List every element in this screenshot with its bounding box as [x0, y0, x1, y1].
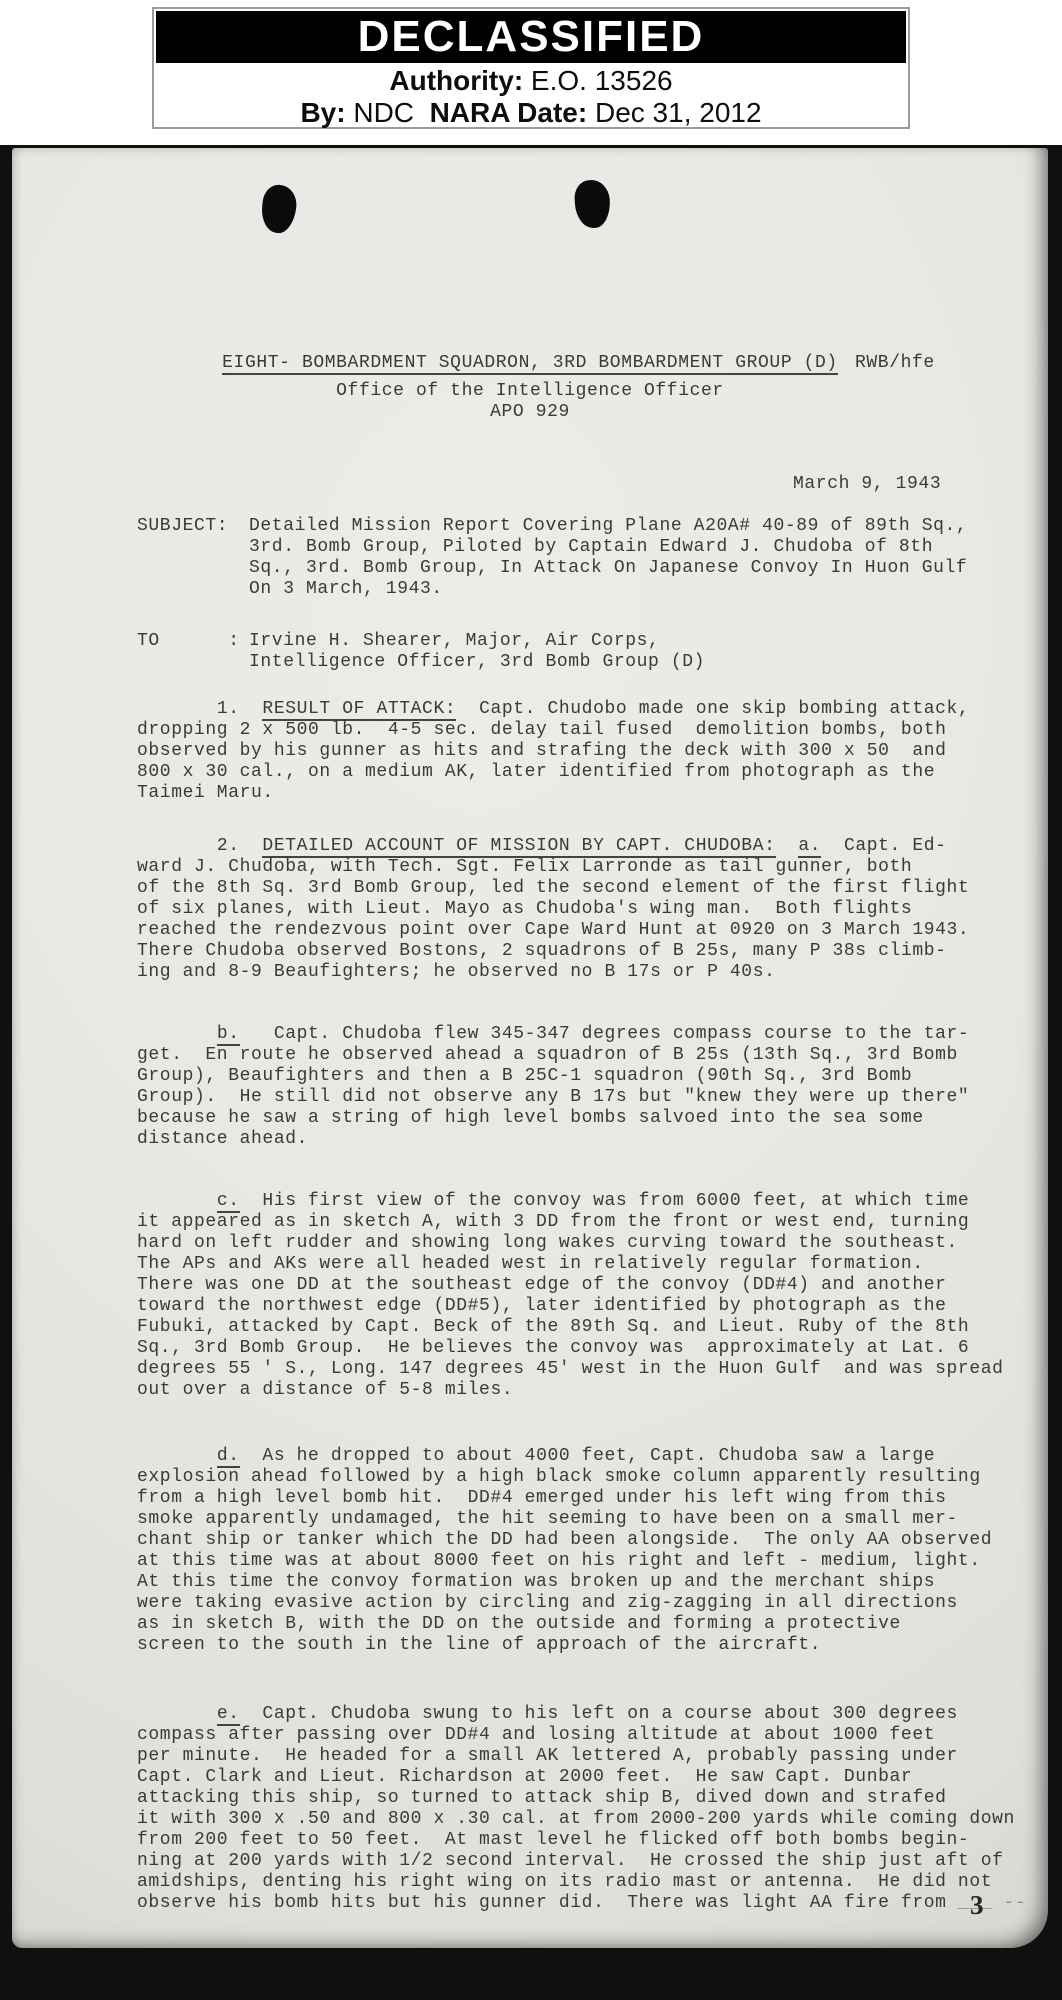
hole-punch-left	[260, 183, 299, 234]
unit-title: EIGHT- BOMBARDMENT SQUADRON, 3RD BOMBARD…	[222, 353, 838, 375]
paragraph-lead	[137, 1446, 217, 1466]
section-heading: RESULT OF ATTACK:	[262, 699, 456, 721]
document-page: EIGHT- BOMBARDMENT SQUADRON, 3RD BOMBARD…	[12, 148, 1048, 1948]
declassified-stamp: DECLASSIFIED Authority: E.O. 13526 By: N…	[152, 7, 910, 129]
stamp-area: DECLASSIFIED Authority: E.O. 13526 By: N…	[0, 0, 1062, 145]
scanned-document-screenshot: DECLASSIFIED Authority: E.O. 13526 By: N…	[0, 0, 1062, 2000]
subsection-letter: c.	[217, 1191, 240, 1213]
section-heading: DETAILED ACCOUNT OF MISSION BY CAPT. CHU…	[262, 836, 775, 858]
paragraph-text: As he dropped to about 4000 feet, Capt. …	[137, 1446, 992, 1655]
apo-line: APO 929	[12, 402, 1048, 423]
to-label: TO :	[137, 631, 249, 673]
page-number: 3	[970, 1895, 984, 1916]
scan-background: EIGHT- BOMBARDMENT SQUADRON, 3RD BOMBARD…	[0, 145, 1062, 2000]
paragraph-lead	[137, 1704, 217, 1724]
paragraph-result-of-attack: 1. RESULT OF ATTACK: Capt. Chudobo made …	[137, 699, 1042, 804]
subject-text: Detailed Mission Report Covering Plane A…	[249, 516, 1042, 600]
nara-date-value: Dec 31, 2012	[587, 97, 761, 128]
paragraph-c: c. His first view of the convoy was from…	[137, 1191, 1042, 1401]
by-label: By:	[300, 97, 345, 128]
stamp-authority-line: Authority: E.O. 13526	[154, 65, 908, 97]
paragraph-lead: 2.	[137, 836, 262, 856]
document-header: EIGHT- BOMBARDMENT SQUADRON, 3RD BOMBARD…	[12, 353, 1048, 423]
paragraph-text: Capt. Chudoba flew 345-347 degrees compa…	[137, 1024, 969, 1149]
subsection-letter: e.	[217, 1704, 240, 1726]
paragraph-lead	[137, 1024, 217, 1044]
authority-value: E.O. 13526	[523, 65, 672, 96]
paragraph-lead: 1.	[137, 699, 262, 719]
subject-label: SUBJECT:	[137, 516, 249, 600]
smudge-marks: ___ --	[947, 1893, 1027, 1913]
paragraph-lead	[137, 1191, 217, 1211]
office-line: Office of the Intelligence Officer	[12, 381, 1048, 402]
reference-initials: RWB/hfe	[855, 353, 935, 374]
stamp-by-line: By: NDC NARA Date: Dec 31, 2012	[154, 97, 908, 129]
paragraph-text: Capt. Ed- ward J. Chudoba, with Tech. Sg…	[137, 836, 969, 982]
by-value: NDC	[346, 97, 430, 128]
to-block: TO :Irvine H. Shearer, Major, Air Corps,…	[137, 631, 1042, 673]
paragraph-b: b. Capt. Chudoba flew 345-347 degrees co…	[137, 1024, 1042, 1150]
paragraph-d: d. As he dropped to about 4000 feet, Cap…	[137, 1446, 1042, 1656]
paragraph-detailed-account-a: 2. DETAILED ACCOUNT OF MISSION BY CAPT. …	[137, 836, 1042, 983]
authority-label: Authority:	[389, 65, 523, 96]
paragraph-text: Capt. Chudoba swung to his left on a cou…	[137, 1704, 1015, 1913]
paragraph-mid	[776, 836, 799, 856]
subject-block: SUBJECT:Detailed Mission Report Covering…	[137, 516, 1042, 600]
nara-date-label: NARA Date:	[430, 97, 588, 128]
header-line1: EIGHT- BOMBARDMENT SQUADRON, 3RD BOMBARD…	[12, 353, 1048, 374]
subsection-letter: a.	[798, 836, 821, 858]
to-text: Irvine H. Shearer, Major, Air Corps, Int…	[249, 631, 1042, 673]
subsection-letter: d.	[217, 1446, 240, 1468]
subsection-letter: b.	[217, 1024, 240, 1046]
paragraph-text: His first view of the convoy was from 60…	[137, 1191, 1004, 1400]
declassified-banner: DECLASSIFIED	[156, 11, 906, 63]
paragraph-e: e. Capt. Chudoba swung to his left on a …	[137, 1704, 1042, 1914]
hole-punch-right	[573, 179, 611, 229]
date-line: March 9, 1943	[793, 474, 941, 495]
